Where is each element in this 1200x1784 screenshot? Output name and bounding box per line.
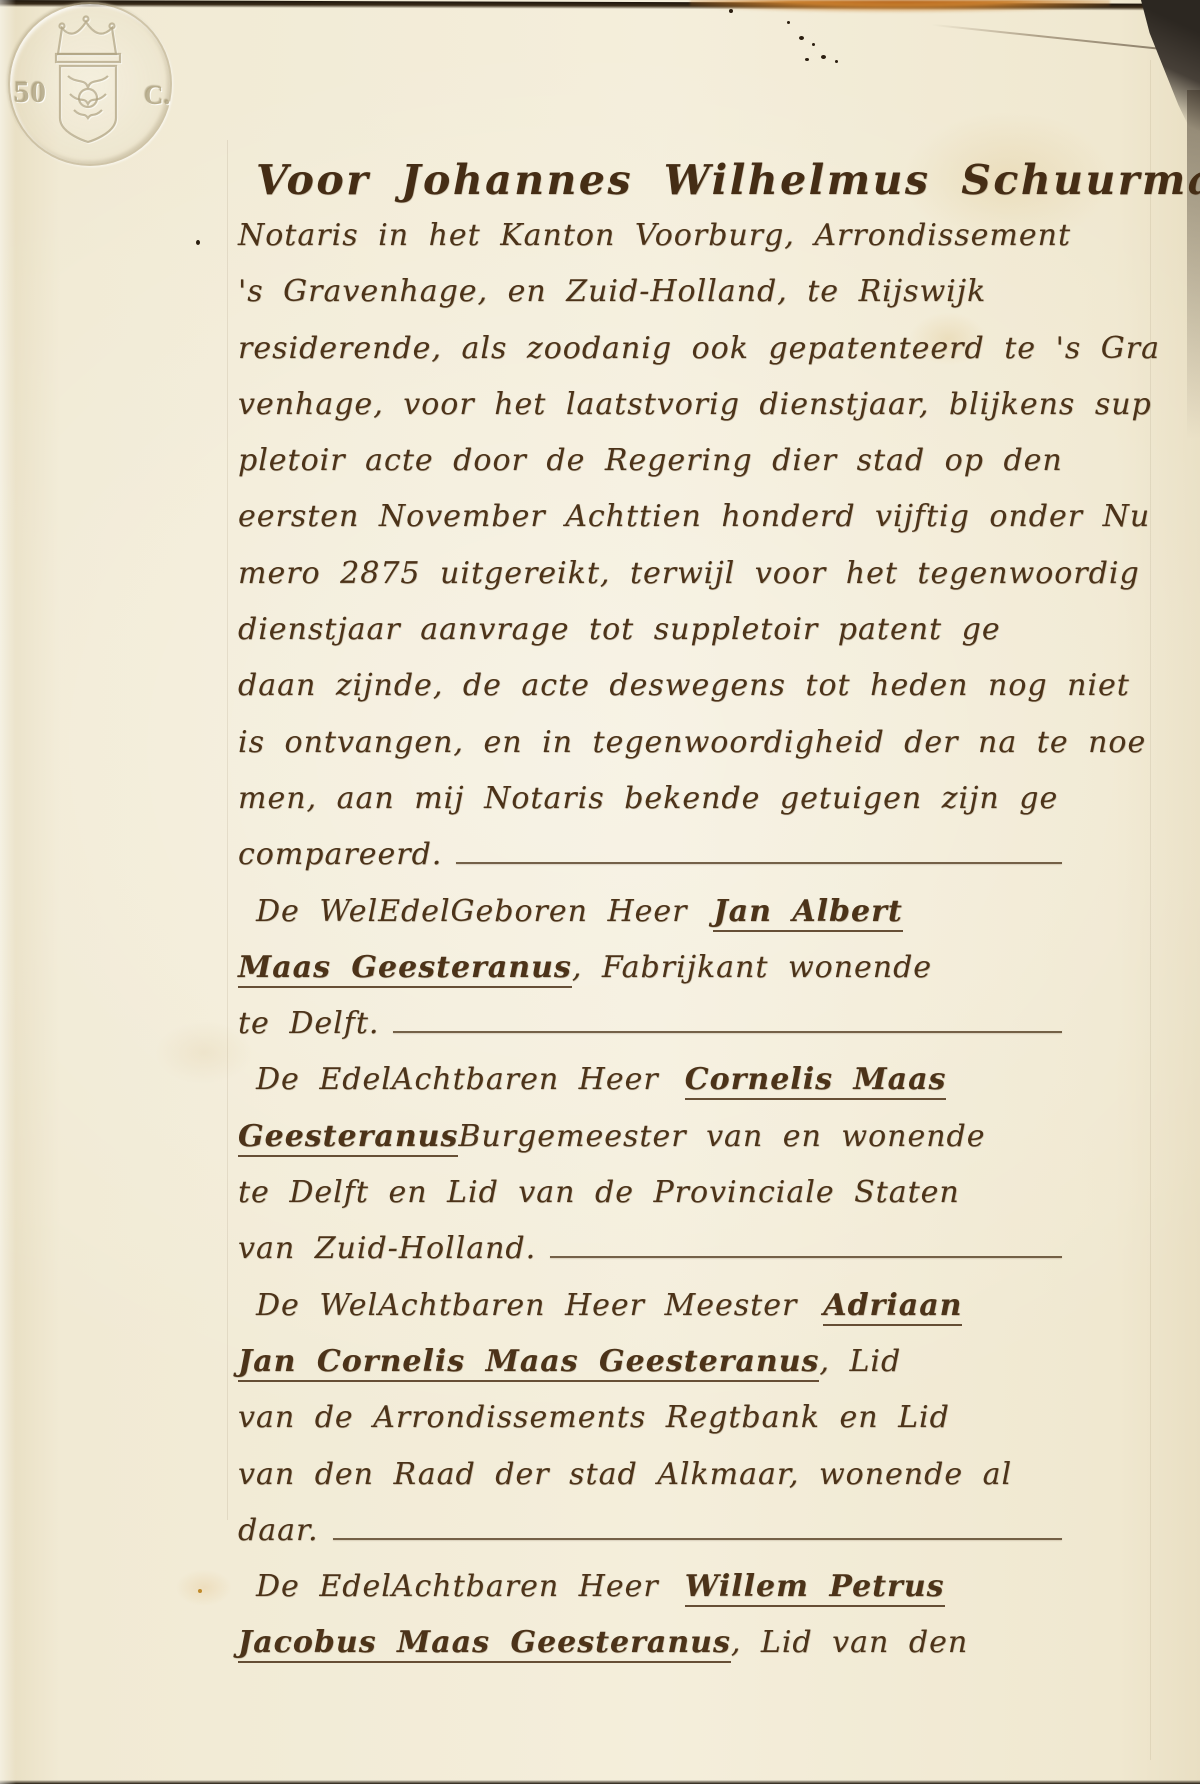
text-segment: De WelAchtbaren Heer Meester	[256, 1288, 797, 1323]
manuscript-text: Voor Johannes Wilhelmus SchuurmanNotaris…	[238, 156, 1062, 1682]
manuscript-line: van Zuid-Holland.	[238, 1231, 1062, 1287]
text-segment: 's Gravenhage, en Zuid-Holland, te Rijsw…	[238, 274, 986, 309]
text-segment: , Lid van den	[731, 1625, 968, 1660]
ink-spot	[805, 58, 809, 61]
underlined-name: Willem Petrus	[685, 1569, 945, 1607]
text-segment: van Zuid-Holland.	[238, 1231, 536, 1266]
manuscript-line: eersten November Achttien honderd vijfti…	[238, 499, 1062, 555]
page-left-fold-highlight	[0, 0, 16, 1784]
text-segment: daar.	[238, 1513, 319, 1548]
seal-value-right: C.	[144, 80, 170, 111]
text-segment: compareerd.	[238, 837, 442, 872]
scan-edge-bottom	[0, 1780, 1200, 1784]
manuscript-line: pletoir acte door de Regering dier stad …	[238, 443, 1062, 499]
manuscript-line: te Delft en Lid van de Provinciale State…	[238, 1175, 1062, 1231]
flourish-rule	[550, 1254, 1062, 1258]
underlined-name: Maas Geesteranus	[238, 950, 572, 988]
text-segment: , Lid	[819, 1344, 901, 1379]
scan-edge-rust-stain	[690, 0, 1110, 13]
stain-spot	[198, 1589, 202, 1593]
text-segment: van den Raad der stad Alkmaar, wonende a…	[238, 1457, 1012, 1492]
manuscript-line: De WelAchtbaren Heer MeesterAdriaan	[238, 1288, 1062, 1344]
manuscript-line: te Delft.	[238, 1006, 1062, 1062]
manuscript-line: De EdelAchtbaren HeerCornelis Maas	[238, 1062, 1062, 1118]
text-segment: pletoir acte door de Regering dier stad …	[238, 443, 1063, 478]
text-segment: dienstjaar aanvrage tot suppletoir paten…	[238, 612, 1001, 647]
margin-crease-line	[227, 140, 228, 1520]
text-segment: te Delft en Lid van de Provinciale State…	[238, 1175, 960, 1210]
text-segment: is ontvangen, en in tegenwoordigheid der…	[238, 725, 1146, 760]
text-segment: Voor Johannes Wilhelmus Schuurman	[256, 156, 1200, 204]
flourish-rule	[456, 860, 1062, 864]
manuscript-line: residerende, als zoodanig ook gepatentee…	[238, 331, 1062, 387]
manuscript-heading-line: Voor Johannes Wilhelmus Schuurman	[238, 156, 1062, 218]
ink-spot	[835, 60, 838, 63]
text-segment: De EdelAchtbaren Heer	[256, 1062, 659, 1097]
underlined-name: Jacobus Maas Geesteranus	[238, 1625, 731, 1663]
manuscript-line: van den Raad der stad Alkmaar, wonende a…	[238, 1457, 1062, 1513]
flourish-rule	[333, 1536, 1062, 1540]
text-segment: , Fabrijkant wonende	[572, 950, 932, 985]
text-segment: Notaris in het Kanton Voorburg, Arrondis…	[238, 218, 1071, 253]
text-segment: Burgemeester van en wonende	[458, 1119, 985, 1154]
manuscript-line: dienstjaar aanvrage tot suppletoir paten…	[238, 612, 1062, 668]
manuscript-line: is ontvangen, en in tegenwoordigheid der…	[238, 725, 1062, 781]
underlined-name: Jan Albert	[713, 894, 902, 932]
manuscript-line: Geesteranus Burgemeester van en wonende	[238, 1119, 1062, 1175]
text-segment: residerende, als zoodanig ook gepatentee…	[238, 331, 1160, 366]
manuscript-line: daar.	[238, 1513, 1062, 1569]
ink-spot	[821, 55, 826, 59]
underlined-name: Cornelis Maas	[685, 1062, 947, 1100]
ink-spot	[799, 36, 804, 40]
manuscript-line: compareerd.	[238, 837, 1062, 893]
text-segment: De WelEdelGeboren Heer	[256, 894, 687, 929]
scan-edge-right	[1187, 90, 1200, 470]
text-segment: te Delft.	[238, 1006, 379, 1041]
manuscript-line: Notaris in het Kanton Voorburg, Arrondis…	[238, 218, 1062, 274]
manuscript-line: 's Gravenhage, en Zuid-Holland, te Rijsw…	[238, 274, 1062, 330]
text-segment: van de Arrondissements Regtbank en Lid	[238, 1400, 950, 1435]
underlined-name: Jan Cornelis Maas Geesteranus	[238, 1344, 819, 1382]
manuscript-line: De EdelAchtbaren HeerWillem Petrus	[238, 1569, 1062, 1625]
text-segment: mero 2875 uitgereikt, terwijl voor het t…	[238, 556, 1140, 591]
document-page: 50 C. Voor Johannes Wilhelmus SchuurmanN…	[0, 0, 1200, 1784]
manuscript-line: Jacobus Maas Geesteranus, Lid van den	[238, 1625, 1062, 1681]
embossed-revenue-seal: 50 C.	[6, 0, 176, 172]
manuscript-line: daan zijnde, de acte deswegens tot heden…	[238, 668, 1062, 724]
manuscript-line: mero 2875 uitgereikt, terwijl voor het t…	[238, 556, 1062, 612]
underlined-name: Adriaan	[823, 1288, 962, 1326]
manuscript-line: Jan Cornelis Maas Geesteranus, Lid	[238, 1344, 1062, 1400]
ink-spot	[787, 21, 790, 24]
text-segment: venhage, voor het laatstvorig dienstjaar…	[238, 387, 1152, 422]
manuscript-line: Maas Geesteranus, Fabrijkant wonende	[238, 950, 1062, 1006]
manuscript-line: venhage, voor het laatstvorig dienstjaar…	[238, 387, 1062, 443]
text-segment: eersten November Achttien honderd vijfti…	[238, 499, 1150, 534]
ink-spot	[196, 240, 200, 245]
ink-spot	[729, 9, 733, 13]
text-segment: De EdelAchtbaren Heer	[256, 1569, 659, 1604]
text-segment: daan zijnde, de acte deswegens tot heden…	[238, 668, 1130, 703]
flourish-rule	[393, 1029, 1062, 1033]
manuscript-line: De WelEdelGeboren HeerJan Albert	[238, 894, 1062, 950]
ink-spot	[812, 43, 815, 46]
right-crease-line	[1150, 60, 1151, 1760]
manuscript-line: van de Arrondissements Regtbank en Lid	[238, 1400, 1062, 1456]
seal-value-left: 50	[14, 74, 47, 110]
text-segment: men, aan mij Notaris bekende getuigen zi…	[238, 781, 1058, 816]
underlined-name: Geesteranus	[238, 1119, 458, 1157]
manuscript-line: men, aan mij Notaris bekende getuigen zi…	[238, 781, 1062, 837]
